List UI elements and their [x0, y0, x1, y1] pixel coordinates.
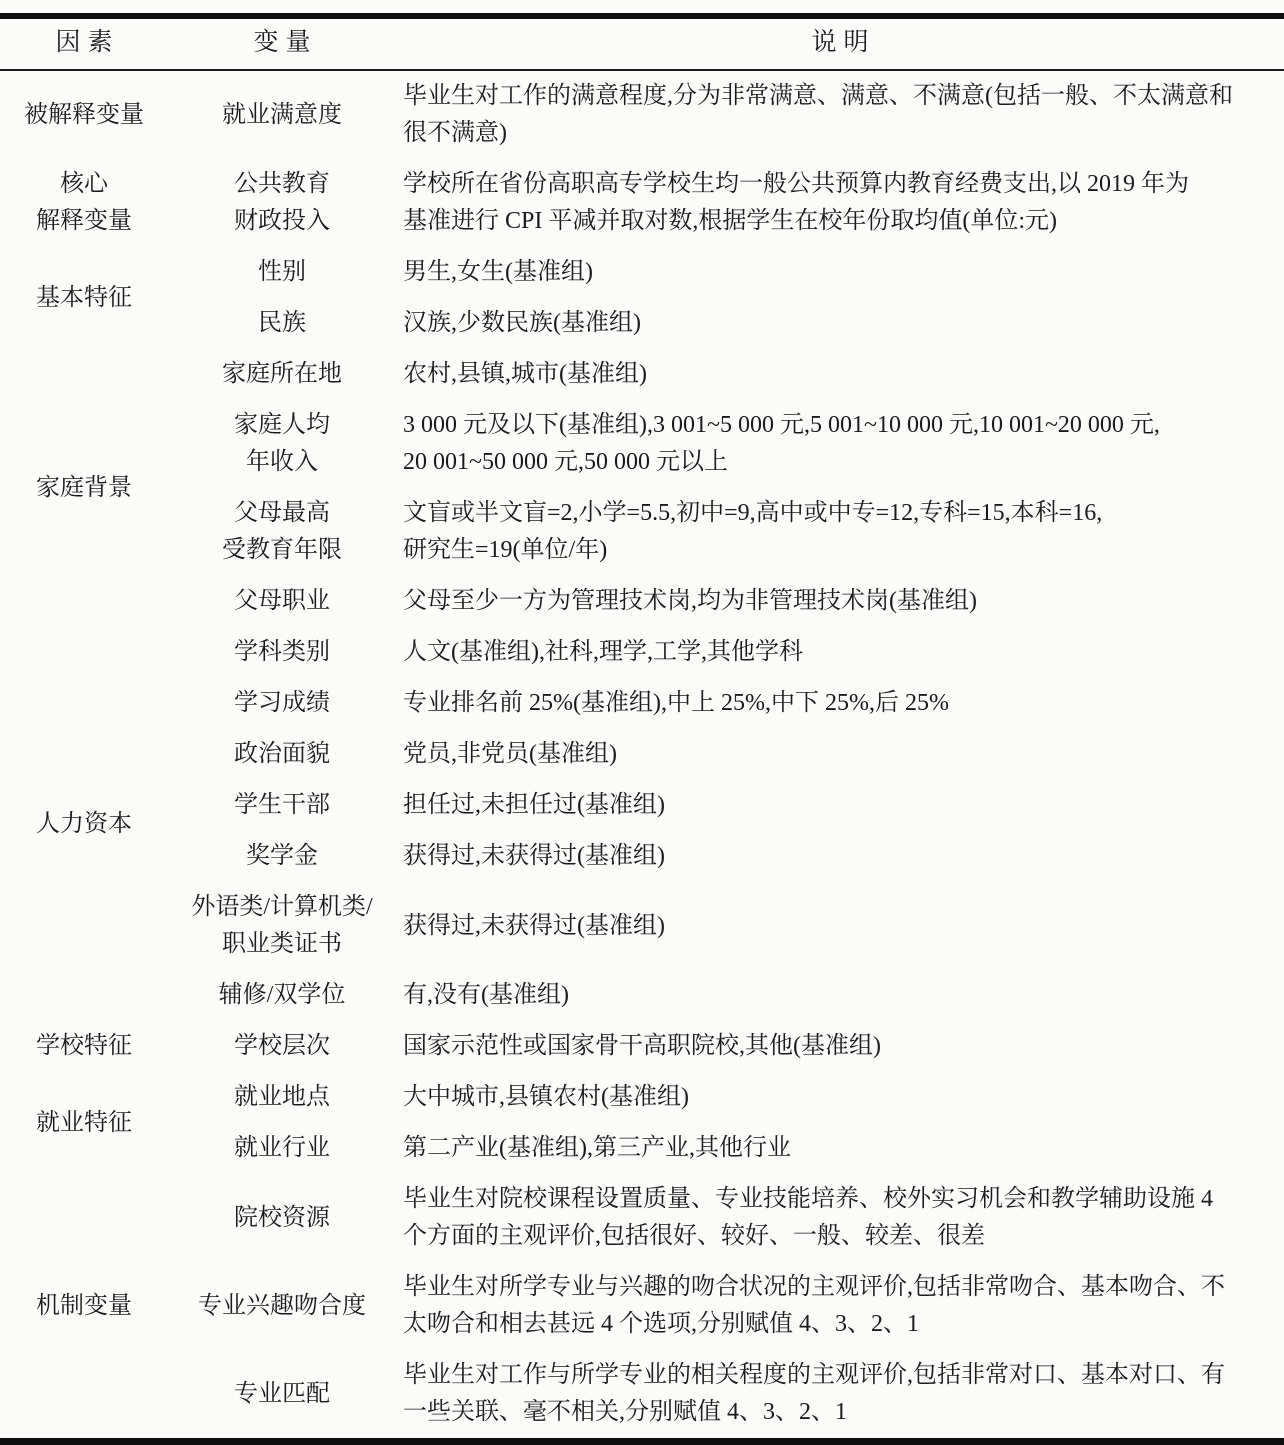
header-description: 说明	[396, 16, 1284, 70]
description-cell: 毕业生对所学专业与兴趣的吻合状况的主观评价,包括非常吻合、基本吻合、不 太吻合和…	[396, 1262, 1284, 1350]
description-cell: 有,没有(基准组)	[396, 970, 1284, 1021]
description-cell: 获得过,未获得过(基准组)	[396, 882, 1284, 970]
variables-table: 因素 变量 说明 被解释变量 就业满意度 毕业生对工作的满意程度,分为非常满意、…	[0, 13, 1284, 1445]
description-cell: 毕业生对院校课程设置质量、专业技能培养、校外实习机会和教学辅助设施 4 个方面的…	[396, 1174, 1284, 1262]
variable-cell: 公共教育 财政投入	[168, 159, 396, 247]
header-row: 因素 变量 说明	[0, 16, 1284, 70]
table-row: 奖学金 获得过,未获得过(基准组)	[0, 831, 1284, 882]
description-cell: 3 000 元及以下(基准组),3 001~5 000 元,5 001~10 0…	[396, 400, 1284, 488]
table-row: 家庭背景 家庭所在地 农村,县镇,城市(基准组)	[0, 349, 1284, 400]
variable-cell: 学校层次	[168, 1021, 396, 1072]
variable-cell: 专业兴趣吻合度	[168, 1262, 396, 1350]
variable-cell: 民族	[168, 298, 396, 349]
factor-cell: 被解释变量	[0, 70, 168, 159]
table-row: 外语类/计算机类/ 职业类证书 获得过,未获得过(基准组)	[0, 882, 1284, 970]
variable-cell: 学习成绩	[168, 678, 396, 729]
paper-page: 因素 变量 说明 被解释变量 就业满意度 毕业生对工作的满意程度,分为非常满意、…	[0, 0, 1284, 1445]
description-cell: 人文(基准组),社科,理学,工学,其他学科	[396, 627, 1284, 678]
description-cell: 大中城市,县镇农村(基准组)	[396, 1072, 1284, 1123]
table-row: 政治面貌 党员,非党员(基准组)	[0, 729, 1284, 780]
description-cell: 汉族,少数民族(基准组)	[396, 298, 1284, 349]
description-cell: 党员,非党员(基准组)	[396, 729, 1284, 780]
description-cell: 专业排名前 25%(基准组),中上 25%,中下 25%,后 25%	[396, 678, 1284, 729]
table-row: 学习成绩 专业排名前 25%(基准组),中上 25%,中下 25%,后 25%	[0, 678, 1284, 729]
table-row: 辅修/双学位 有,没有(基准组)	[0, 970, 1284, 1021]
table-row: 父母最高 受教育年限 文盲或半文盲=2,小学=5.5,初中=9,高中或中专=12…	[0, 488, 1284, 576]
table-row: 人力资本 学科类别 人文(基准组),社科,理学,工学,其他学科	[0, 627, 1284, 678]
table-row: 父母职业 父母至少一方为管理技术岗,均为非管理技术岗(基准组)	[0, 576, 1284, 627]
description-cell: 父母至少一方为管理技术岗,均为非管理技术岗(基准组)	[396, 576, 1284, 627]
factor-cell: 家庭背景	[0, 349, 168, 627]
variable-cell: 家庭所在地	[168, 349, 396, 400]
table-row: 家庭人均 年收入 3 000 元及以下(基准组),3 001~5 000 元,5…	[0, 400, 1284, 488]
variable-cell: 奖学金	[168, 831, 396, 882]
variable-cell: 父母最高 受教育年限	[168, 488, 396, 576]
table-row: 机制变量 院校资源 毕业生对院校课程设置质量、专业技能培养、校外实习机会和教学辅…	[0, 1174, 1284, 1262]
factor-cell: 人力资本	[0, 627, 168, 1021]
variable-cell: 就业地点	[168, 1072, 396, 1123]
description-cell: 毕业生对工作的满意程度,分为非常满意、满意、不满意(包括一般、不太满意和 很不满…	[396, 70, 1284, 159]
variable-cell: 家庭人均 年收入	[168, 400, 396, 488]
table-row: 被解释变量 就业满意度 毕业生对工作的满意程度,分为非常满意、满意、不满意(包括…	[0, 70, 1284, 159]
header-factor: 因素	[0, 16, 168, 70]
factor-cell: 基本特征	[0, 247, 168, 349]
variable-cell: 外语类/计算机类/ 职业类证书	[168, 882, 396, 970]
variable-cell: 专业匹配	[168, 1350, 396, 1442]
description-cell: 学校所在省份高职高专学校生均一般公共预算内教育经费支出,以 2019 年为 基准…	[396, 159, 1284, 247]
description-cell: 文盲或半文盲=2,小学=5.5,初中=9,高中或中专=12,专科=15,本科=1…	[396, 488, 1284, 576]
table-row: 就业特征 就业地点 大中城市,县镇农村(基准组)	[0, 1072, 1284, 1123]
description-cell: 农村,县镇,城市(基准组)	[396, 349, 1284, 400]
table-row: 学校特征 学校层次 国家示范性或国家骨干高职院校,其他(基准组)	[0, 1021, 1284, 1072]
table-row: 民族 汉族,少数民族(基准组)	[0, 298, 1284, 349]
variable-cell: 学生干部	[168, 780, 396, 831]
header-variable: 变量	[168, 16, 396, 70]
table-row: 就业行业 第二产业(基准组),第三产业,其他行业	[0, 1123, 1284, 1174]
table-row: 学生干部 担任过,未担任过(基准组)	[0, 780, 1284, 831]
variable-cell: 院校资源	[168, 1174, 396, 1262]
description-cell: 男生,女生(基准组)	[396, 247, 1284, 298]
table-row: 专业兴趣吻合度 毕业生对所学专业与兴趣的吻合状况的主观评价,包括非常吻合、基本吻…	[0, 1262, 1284, 1350]
variable-cell: 学科类别	[168, 627, 396, 678]
variable-cell: 父母职业	[168, 576, 396, 627]
description-cell: 国家示范性或国家骨干高职院校,其他(基准组)	[396, 1021, 1284, 1072]
table-row: 专业匹配 毕业生对工作与所学专业的相关程度的主观评价,包括非常对口、基本对口、有…	[0, 1350, 1284, 1442]
factor-cell: 核心 解释变量	[0, 159, 168, 247]
description-cell: 第二产业(基准组),第三产业,其他行业	[396, 1123, 1284, 1174]
variable-cell: 政治面貌	[168, 729, 396, 780]
table-row: 基本特征 性别 男生,女生(基准组)	[0, 247, 1284, 298]
description-cell: 获得过,未获得过(基准组)	[396, 831, 1284, 882]
variable-cell: 就业行业	[168, 1123, 396, 1174]
variable-cell: 辅修/双学位	[168, 970, 396, 1021]
factor-cell: 机制变量	[0, 1174, 168, 1442]
variable-cell: 性别	[168, 247, 396, 298]
table-row: 核心 解释变量 公共教育 财政投入 学校所在省份高职高专学校生均一般公共预算内教…	[0, 159, 1284, 247]
variable-cell: 就业满意度	[168, 70, 396, 159]
factor-cell: 学校特征	[0, 1021, 168, 1072]
description-cell: 毕业生对工作与所学专业的相关程度的主观评价,包括非常对口、基本对口、有 一些关联…	[396, 1350, 1284, 1442]
description-cell: 担任过,未担任过(基准组)	[396, 780, 1284, 831]
factor-cell: 就业特征	[0, 1072, 168, 1174]
